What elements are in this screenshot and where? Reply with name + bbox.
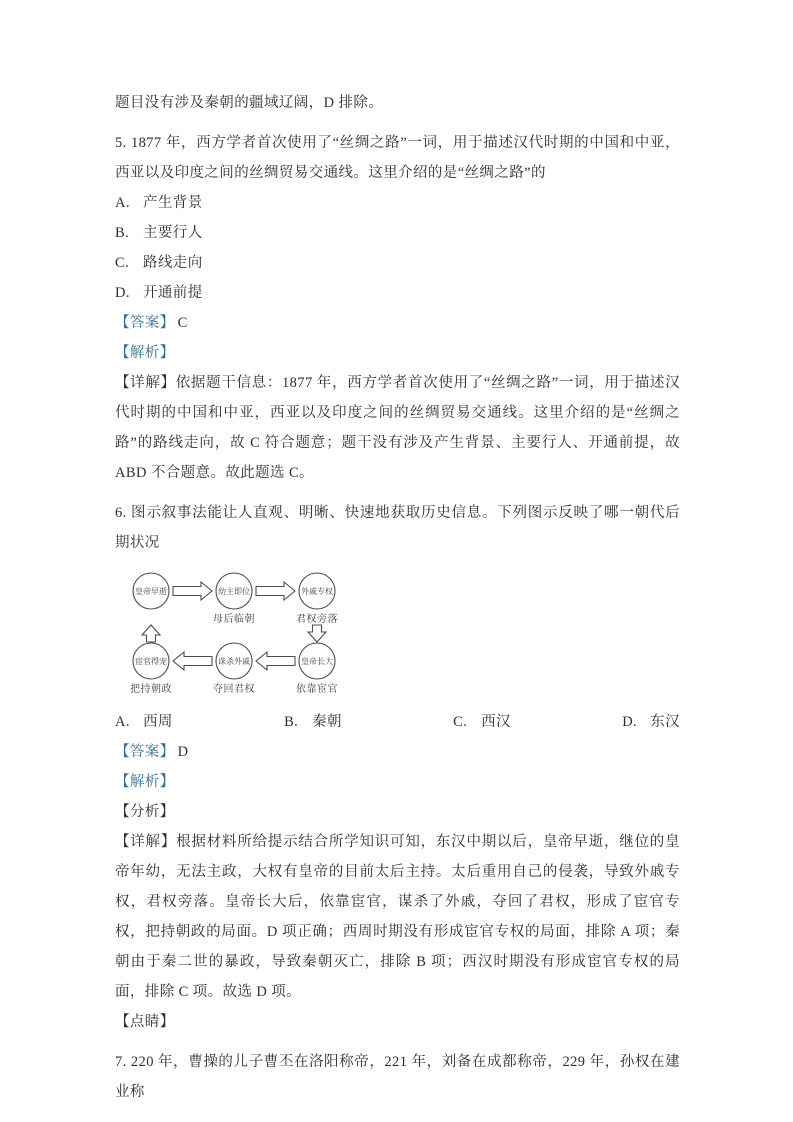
question-5-analysis-label: 【解析】 (115, 338, 680, 368)
arrow-right-icon (256, 582, 295, 600)
question-5-option-a: A.产生背景 (115, 188, 680, 218)
carryover-explanation-text: 题目没有涉及秦朝的疆域辽阔，D 排除。 (115, 88, 680, 118)
arrow-down-icon (308, 625, 326, 642)
option-key: B. (115, 218, 131, 248)
question-5-option-b: B.主要行人 (115, 218, 680, 248)
option-text: 主要行人 (143, 225, 203, 241)
detail-text: 依据题干信息：1877 年，西方学者首次使用了“丝绸之路”一词，用于描述汉代时期… (115, 375, 680, 481)
option-text: 路线走向 (143, 255, 203, 271)
option-key: C. (453, 707, 469, 737)
option-key: D. (115, 278, 131, 308)
question-7: 7. 220 年，曹操的儿子曹丕在洛阳称帝，221 年，刘备在成都称帝，229 … (115, 1047, 680, 1107)
answer-label: 【答案】 (115, 315, 175, 331)
option-text: 东汉 (650, 714, 680, 730)
question-6-fenxi-label: 【分析】 (115, 797, 680, 827)
diagram-node-text: 诛杀外戚 (218, 656, 250, 666)
option-key: A. (115, 188, 131, 218)
question-6-option-b: B.秦朝 (284, 707, 342, 737)
option-text: 开通前提 (143, 285, 203, 301)
question-5-option-c: C.路线走向 (115, 248, 680, 278)
option-text: 产生背景 (143, 195, 203, 211)
answer-label: 【答案】 (115, 744, 175, 760)
exam-document-page: 题目没有涉及秦朝的疆域辽阔，D 排除。 5. 1877 年，西方学者首次使用了“… (0, 0, 793, 1122)
answer-value: C (178, 315, 188, 331)
answer-value: D (178, 744, 189, 760)
arrow-left-icon (173, 652, 212, 670)
option-text: 西汉 (481, 714, 511, 730)
dynasty-cycle-diagram: 皇帝早逝 幼主即位 外戚专权 皇帝长大 诛杀外戚 宦官得宠 母后临朝 君权旁落 … (115, 564, 680, 703)
question-6-detail: 【详解】根据材料所给提示结合所学知识可知，东汉中期以后，皇帝早逝，继位的皇帝年幼… (115, 827, 680, 1007)
diagram-node-caption: 夺回君权 (213, 682, 255, 695)
diagram-node-text: 宦官得宠 (135, 656, 167, 666)
question-6-answer-line: 【答案】D (115, 737, 680, 767)
question-5-option-d: D.开通前提 (115, 278, 680, 308)
option-key: D. (622, 707, 638, 737)
diagram-node-text: 皇帝长大 (301, 656, 333, 666)
diagram-node-text: 皇帝早逝 (135, 586, 167, 596)
question-5: 5. 1877 年，西方学者首次使用了“丝绸之路”一词，用于描述汉代时期的中国和… (115, 128, 680, 488)
question-5-answer-line: 【答案】C (115, 308, 680, 338)
question-6-option-d: D.东汉 (622, 707, 680, 737)
arrow-left-icon (256, 652, 295, 670)
diagram-node-text: 外戚专权 (301, 586, 333, 596)
question-5-detail: 【详解】依据题干信息：1877 年，西方学者首次使用了“丝绸之路”一词，用于描述… (115, 368, 680, 488)
question-5-stem: 5. 1877 年，西方学者首次使用了“丝绸之路”一词，用于描述汉代时期的中国和… (115, 128, 680, 188)
option-key: B. (284, 707, 300, 737)
option-key: C. (115, 248, 131, 278)
arrow-up-icon (142, 625, 160, 642)
question-6: 6. 图示叙事法能让人直观、明晰、快速地获取历史信息。下列图示反映了哪一朝代后期… (115, 498, 680, 1037)
question-6-analysis-label: 【解析】 (115, 767, 680, 797)
analysis-label: 【解析】 (115, 345, 175, 361)
detail-label: 【详解】 (115, 834, 176, 850)
option-text: 西周 (143, 714, 173, 730)
detail-text: 根据材料所给提示结合所学知识可知，东汉中期以后，皇帝早逝，继位的皇帝年幼，无法主… (115, 834, 680, 1000)
diagram-node-caption: 母后临朝 (213, 612, 255, 625)
diagram-node-caption: 依靠宦官 (296, 682, 338, 695)
question-7-stem: 7. 220 年，曹操的儿子曹丕在洛阳称帝，221 年，刘备在成都称帝，229 … (115, 1047, 680, 1107)
question-6-stem: 6. 图示叙事法能让人直观、明晰、快速地获取历史信息。下列图示反映了哪一朝代后期… (115, 498, 680, 558)
fenxi-label: 【分析】 (115, 804, 175, 820)
diagram-node-caption: 把持朝政 (130, 682, 172, 695)
analysis-label: 【解析】 (115, 774, 175, 790)
arrow-right-icon (173, 582, 212, 600)
question-6-option-c: C.西汉 (453, 707, 511, 737)
question-6-options: A.西周 B.秦朝 C.西汉 D.东汉 (115, 707, 680, 737)
cycle-diagram-svg: 皇帝早逝 幼主即位 外戚专权 皇帝长大 诛杀外戚 宦官得宠 母后临朝 君权旁落 … (115, 564, 367, 703)
diagram-node-text: 幼主即位 (218, 586, 250, 596)
question-6-option-a: A.西周 (115, 707, 173, 737)
question-6-tip-label: 【点睛】 (115, 1007, 680, 1037)
diagram-node-caption: 君权旁落 (296, 612, 338, 625)
option-key: A. (115, 707, 131, 737)
tip-label: 【点睛】 (115, 1014, 175, 1030)
detail-label: 【详解】 (115, 375, 176, 391)
option-text: 秦朝 (312, 714, 342, 730)
